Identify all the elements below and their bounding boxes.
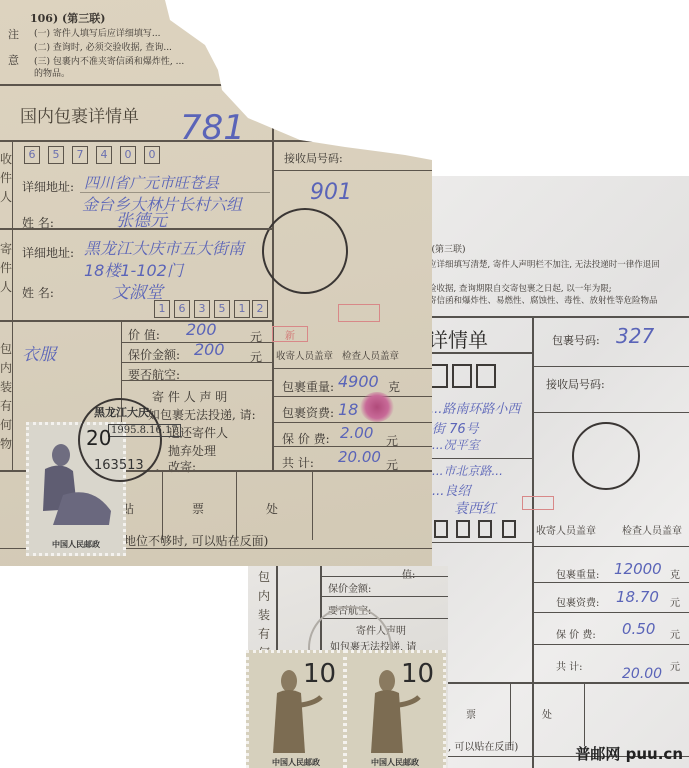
form-b-recipient-address-3: ...况平室 [432, 436, 479, 453]
form-b-parcel-no-label: 包裹号码: [552, 332, 600, 348]
postage-stamp-10-1: 10 中国人民邮政 [246, 650, 346, 768]
total-label: 共 计: [282, 454, 314, 471]
postmark-place: 黑龙江大庆 [94, 404, 149, 420]
form-b-recipient-address-2: 街 76号 [432, 418, 479, 437]
declaration-title: 寄 件 人 声 明 [152, 388, 227, 405]
postage-value: 18 [338, 400, 358, 419]
form-b-note-2: 验收据, 查询期限自交寄包裹之日起, 以一年为限; [428, 282, 612, 294]
form-b-insured-label: 保价金额: [328, 580, 371, 595]
form-b-note-3: 寄信函和爆炸性、易燃性、腐蚀性、毒性、放射性等危险物品 [428, 294, 658, 306]
site-watermark: 普邮网 puu.cn [575, 743, 683, 764]
insured-label: 保价金额: [128, 346, 180, 363]
form-b-stamp-label-1: 收寄人员盖章 [536, 522, 596, 537]
form-a-receiving-office: 901 [310, 180, 352, 205]
form-a-note-1: (一) 寄件人填写后应详细填写... [34, 26, 160, 39]
postmark-code: 163513 [94, 458, 144, 473]
total-value: 20.00 [338, 448, 381, 466]
form-b-stamp-area-1: 票 [466, 706, 476, 721]
parcel-form-b: )(第三联) 应详细填写清楚, 寄件人声明栏不加注, 无法投递时一律作退回 验收… [426, 176, 689, 768]
statue-figure-icon [365, 665, 425, 755]
form-a-title: 国内包裹详情单 [20, 102, 139, 127]
form-b-code: )(第三联) [428, 242, 466, 255]
form-b-note-1: 应详细填写清楚, 寄件人声明栏不加注, 无法投递时一律作退回 [428, 258, 660, 270]
purple-handstamp [360, 392, 394, 422]
stamp-area-2: 票 [192, 500, 204, 517]
insured-value: 200 [194, 340, 225, 359]
red-stamp-new: 新 [272, 326, 308, 342]
weight-label: 包裹重量: [282, 378, 334, 395]
contents-label: 包内装有何物 [0, 340, 14, 454]
recipient-address-1: 四川省广元市旺苍县 [84, 172, 219, 193]
postmark-date: 1995.8.16.17 [108, 424, 181, 437]
form-b-total: 20.00 [622, 666, 662, 682]
statue-figure-icon [267, 665, 327, 755]
postmark-receiving [262, 208, 348, 294]
form-b-postage-label: 包裹资费: [556, 594, 599, 609]
form-b-recipient-address-1: ...路南环路小西 [430, 398, 520, 417]
stamp-area-3: 处 [266, 500, 278, 517]
postage-denomination: 20 [86, 426, 111, 450]
recipient-section-label: 收件人 [0, 150, 14, 207]
form-a-code: 106) (第三联) [30, 10, 105, 26]
form-b-stamp-label-2: 检查人员盖章 [622, 522, 682, 537]
postmark-form-b [572, 422, 640, 490]
stamp-area-note: 地位不够时, 可以贴在反面) [124, 532, 268, 549]
form-b-insurance-fee: 0.50 [622, 620, 655, 638]
red-stamp-form-b [522, 496, 554, 510]
weight-value: 4900 [338, 372, 379, 391]
contents-value: 衣服 [22, 340, 56, 365]
form-b-parcel-no: 327 [616, 324, 654, 348]
sender-section-label: 寄件人 [0, 240, 14, 297]
postage-label: 包裹资费: [282, 404, 334, 421]
sender-address-1: 黑龙江大庆市五大街南 [84, 236, 244, 259]
sender-address-label: 详细地址: [22, 244, 74, 261]
insurance-fee-label: 保 价 费: [282, 430, 330, 447]
value: 200 [186, 320, 217, 339]
form-b-weight: 12000 [614, 560, 662, 578]
red-stamp-box [338, 304, 380, 322]
form-b-postage: 18.70 [616, 588, 659, 606]
stamp-label-inspector: 检查人员盖章 [342, 348, 399, 362]
insurance-fee-value: 2.00 [340, 424, 373, 442]
form-b-insurance-fee-label: 保 价 费: [556, 626, 596, 641]
sender-name-label: 姓 名: [22, 284, 54, 301]
form-b-title: 详情单 [428, 324, 488, 353]
form-a-parcel-no: 781 [180, 108, 245, 148]
form-b-receiving-office-label: 接收局号码: [546, 376, 605, 392]
postage-stamp-10-2: 10 中国人民邮政 [344, 650, 446, 768]
form-b-sender-address-1: ...市北京路... [432, 462, 503, 479]
form-b-sender-name: 袁西红 [454, 498, 496, 518]
form-a-note-2: (二) 查询时, 必须交验收据, 查询... [34, 40, 172, 53]
form-b-weight-label: 包裹重量: [556, 566, 599, 581]
form-b-total-label: 共 计: [556, 658, 583, 673]
stamp-label-receiver: 收寄人员盖章 [276, 348, 333, 362]
recipient-address-label: 详细地址: [22, 178, 74, 195]
value-label: 价 值: [128, 326, 160, 343]
form-b-sender-address-2: ...良绍 [432, 480, 470, 499]
form-a-receiving-office-label: 接收局号码: [284, 150, 343, 166]
form-b-stamp-area-2: 处 [542, 706, 552, 721]
